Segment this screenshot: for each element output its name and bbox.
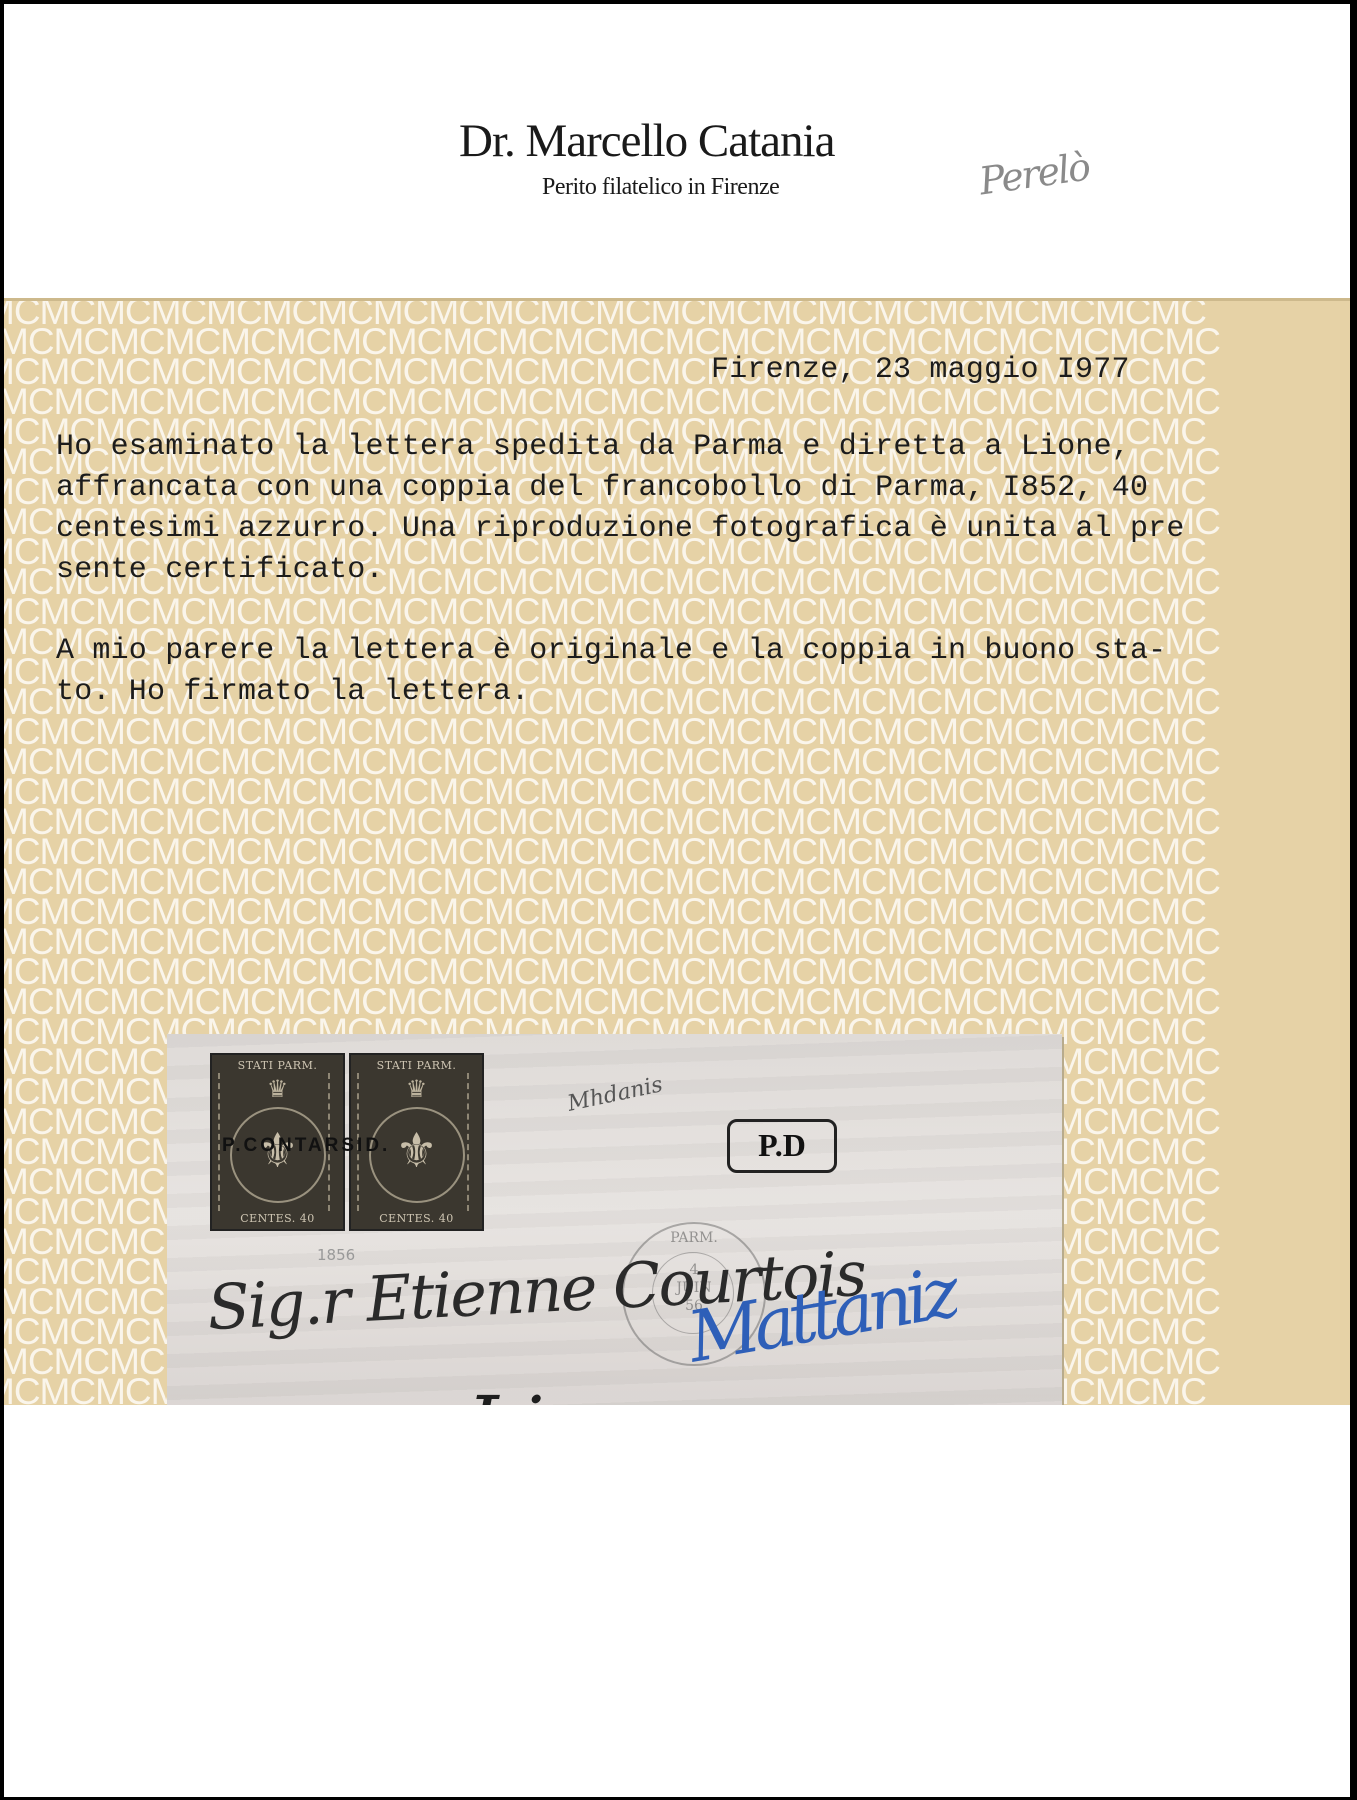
cover-photo: STATI PARM. ♛ ⚜ CENTES. 40 STATI PARM. ♛… [167, 1034, 1062, 1405]
stamp-value-text: CENTES. 40 [351, 1212, 482, 1225]
pencil-year-note: 1856 [317, 1246, 355, 1264]
crown-icon: ♛ [212, 1075, 343, 1103]
pd-postal-mark: P.D [727, 1119, 837, 1173]
small-signature: Mhdanis [565, 1072, 664, 1116]
expert-name: Dr. Marcello Catania [459, 114, 909, 168]
stamp-value-text: CENTES. 40 [212, 1212, 343, 1225]
pencil-annotation: Perelò [976, 145, 1091, 204]
certificate-sheet: Dr. Marcello Catania Perito filatelico i… [4, 4, 1350, 1797]
expert-subtitle: Perito filatelico in Firenze [542, 174, 779, 201]
address-city: Lione [467, 1379, 688, 1405]
certificate-body: MCMCMCMCMCMCMCMCMCMCMCMCMCMCMCMCMCMCMCMC… [4, 298, 1350, 1405]
stamp-top-text: STATI PARM. [351, 1059, 482, 1072]
certificate-date: Firenze, 23 maggio I977 [711, 353, 1130, 387]
crown-icon: ♛ [351, 1075, 482, 1103]
certificate-paragraph-1: Ho esaminato la lettera spedita da Parma… [56, 427, 1185, 591]
stamp-top-text: STATI PARM. [212, 1059, 343, 1072]
certificate-paragraph-2: A mio parere la lettera è originale e la… [56, 631, 1166, 713]
cancellation-mark: P.CONTARSID. [222, 1135, 492, 1153]
